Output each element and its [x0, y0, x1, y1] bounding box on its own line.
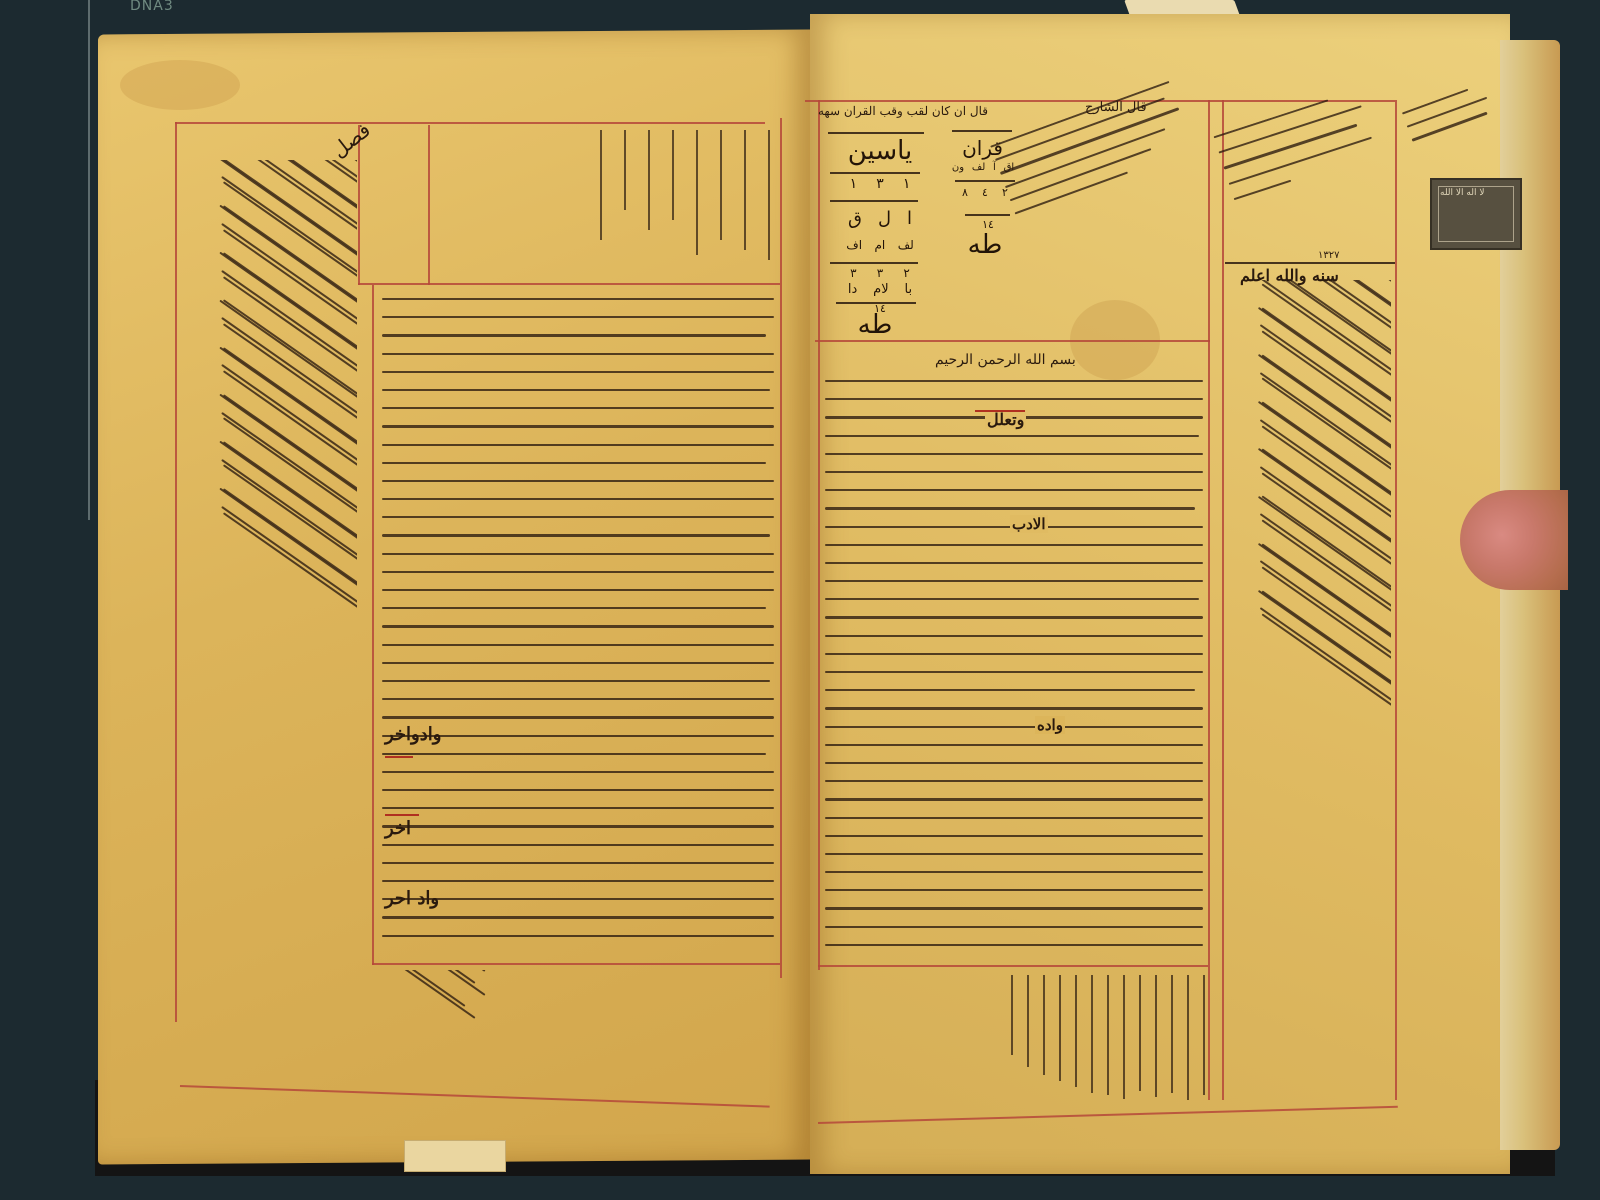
- left-margin-gloss: [182, 160, 357, 1060]
- cell: ٨: [962, 186, 968, 199]
- cell: ا: [907, 208, 912, 229]
- cell: با: [904, 282, 912, 297]
- yasin-letters: ا ل ق: [840, 208, 920, 229]
- right-bottom-gloss: [835, 975, 1205, 1115]
- cell: دا: [848, 282, 857, 297]
- red-overline: [385, 756, 413, 758]
- colophon-year: ١٣٢٧: [1318, 250, 1339, 261]
- right-table-bottom-rule: [815, 340, 1210, 342]
- cell: لف: [972, 162, 985, 173]
- library-tag: [404, 1140, 506, 1172]
- cell: ٣: [876, 176, 884, 192]
- seal-text: لا اله الا الله: [1440, 188, 1484, 198]
- table-line: [952, 130, 1012, 132]
- colophon-underline: [1225, 262, 1395, 264]
- shelf-edge: [88, 0, 90, 520]
- table-line: [965, 214, 1010, 216]
- left-outer-rule: [175, 122, 177, 1022]
- right-section-marker-2: الادب: [1010, 515, 1048, 533]
- quran-result: طه: [955, 230, 1015, 260]
- right-section-marker-3: واده: [1035, 716, 1065, 734]
- table-line: [830, 200, 918, 202]
- left-section-marker-3: واد احر: [385, 888, 439, 909]
- cell: ل: [878, 208, 891, 229]
- left-section-marker-1: وادواخر: [385, 724, 441, 745]
- cell: ١: [850, 176, 858, 192]
- table-line: [830, 172, 920, 174]
- left-section-marker-2: اخر: [385, 818, 411, 839]
- left-box-v2: [428, 125, 430, 285]
- yasin-numbers-row1: ١ ٣ ١: [840, 176, 920, 192]
- stain: [120, 60, 240, 110]
- left-top-rule: [175, 122, 765, 124]
- table-line: [828, 132, 924, 134]
- left-text-bottom-rule: [372, 963, 780, 965]
- right-outer-rule: [818, 100, 820, 970]
- cell: ٢: [903, 266, 909, 280]
- cell: ام: [874, 238, 885, 252]
- yasin-result: طه: [830, 310, 920, 340]
- cell: ٤: [982, 186, 988, 199]
- right-margin-gloss: [1226, 280, 1391, 1100]
- right-section-marker-1: وتعلل: [985, 410, 1026, 429]
- holding-thumb: [1460, 490, 1568, 590]
- right-text-bottom-rule: [818, 965, 1208, 967]
- cell: لف: [898, 238, 914, 252]
- left-main-text: [382, 298, 774, 958]
- right-inner-rule-2: [1222, 100, 1224, 1100]
- colophon-end: سنه والله اعلم: [1240, 266, 1339, 285]
- left-box-rule: [358, 283, 780, 285]
- shelf-label: DNA3: [130, 0, 174, 14]
- yasin-numbers-row2: ٣ ٣ ٢: [840, 266, 920, 280]
- cell: ٣: [850, 266, 856, 280]
- red-overline: [975, 410, 1025, 412]
- table-caption: قال ان كان لقب وقب القران سهه: [818, 104, 988, 118]
- basmala: بسم الله الرحمن الرحيم: [935, 352, 1076, 368]
- cell: لام: [873, 282, 888, 297]
- left-bottom-notes: [375, 970, 515, 1080]
- cell: آ: [993, 162, 996, 173]
- left-inner-rule: [780, 118, 782, 978]
- owner-seal-stamp: لا اله الا الله: [1430, 178, 1522, 250]
- yasin-pairs: با لام دا: [840, 282, 920, 297]
- right-margin-rule: [1395, 100, 1397, 1100]
- right-inner-rule: [1208, 100, 1210, 1100]
- cell: اف: [846, 238, 862, 252]
- right-main-text: [825, 380, 1203, 960]
- table-header-yasin: ياسين: [830, 136, 930, 166]
- cell: ون: [952, 162, 964, 173]
- cell: ق: [848, 208, 862, 229]
- left-top-glosses: [440, 130, 770, 275]
- red-overline: [385, 814, 419, 816]
- cell: ١: [903, 176, 911, 192]
- yasin-sub-letters: لف ام اف: [840, 238, 920, 252]
- left-text-rule-left: [372, 285, 374, 965]
- table-line: [830, 262, 918, 264]
- cell: ٣: [877, 266, 883, 280]
